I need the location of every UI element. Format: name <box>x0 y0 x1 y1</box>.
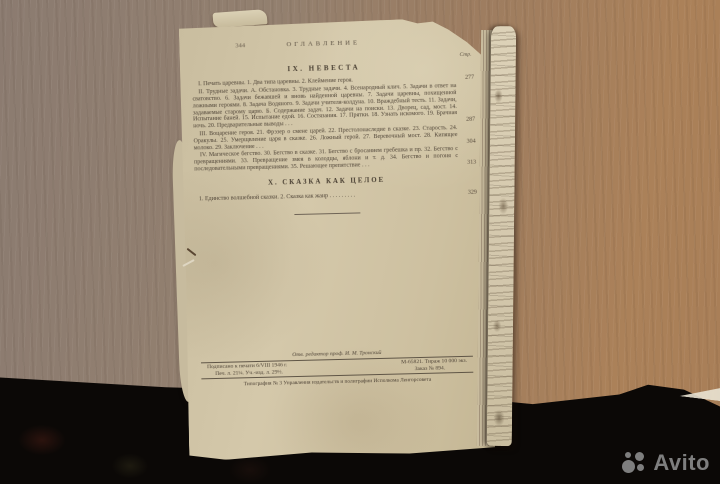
toc-entry-page: 287 <box>466 117 475 124</box>
avito-dot <box>635 452 644 461</box>
watermark-label: Avito <box>653 450 710 476</box>
toc-entry-page: 329 <box>468 189 477 196</box>
toc-entry: 1. Единство волшебной сказки. 2. Сказка … <box>195 190 459 203</box>
toc-entry-page: 277 <box>465 75 474 82</box>
avito-dot <box>637 464 644 471</box>
divider-rule <box>294 213 360 216</box>
page-number: 344 <box>235 43 245 50</box>
toc-entry-text: 1. Единство волшебной сказки. 2. Сказка … <box>199 192 355 202</box>
print-order: Заказ № 894. <box>415 365 446 372</box>
avito-dot <box>622 460 635 473</box>
avito-watermark: Avito <box>622 450 710 476</box>
table-of-contents: I. Печать царевны. 1. Два типа царевны. … <box>192 75 458 173</box>
toc-entry-text: II. Трудные задачи. А. Обстановка. 3. Тр… <box>192 83 457 129</box>
colophon: Отв. редактор проф. И. М. Тронский Подпи… <box>201 348 474 389</box>
running-header-row: 344 ОГЛАВЛЕНИЕ <box>191 38 455 51</box>
book-page: 344 ОГЛАВЛЕНИЕ Стр. IX. НЕВЕСТА I. Печат… <box>179 17 496 460</box>
page-content: 344 ОГЛАВЛЕНИЕ Стр. IX. НЕВЕСТА I. Печат… <box>179 17 496 460</box>
toc-entry: II. Трудные задачи. А. Обстановка. 3. Тр… <box>192 83 457 130</box>
running-header-title: ОГЛАВЛЕНИЕ <box>286 39 360 48</box>
book-spine <box>487 26 516 446</box>
photo-scene: 344 ОГЛАВЛЕНИЕ Стр. IX. НЕВЕСТА I. Печат… <box>0 0 720 484</box>
section-heading: X. СКАЗКА КАК ЦЕЛОЕ <box>195 176 459 189</box>
avito-dot <box>625 452 631 458</box>
avito-logo-icon <box>622 450 648 476</box>
toc-entry-page: 313 <box>467 160 476 167</box>
toc-entry-page: 304 <box>467 138 476 145</box>
